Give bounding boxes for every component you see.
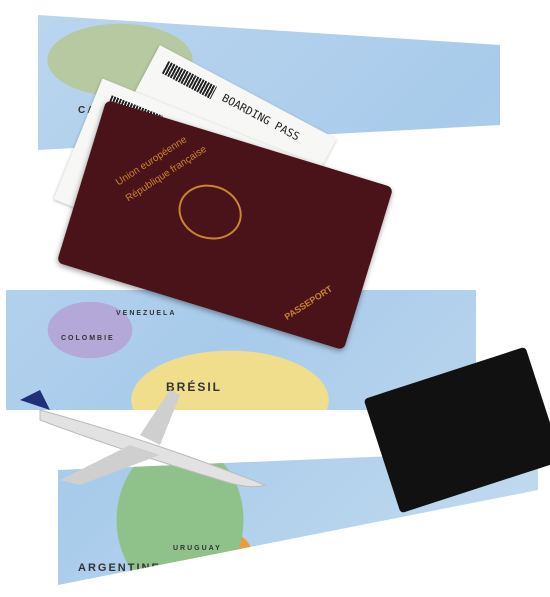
map-label-uruguay: URUGUAY (173, 545, 222, 552)
toy-airplane-icon (20, 380, 270, 490)
map-label-argentine: ARGENTINE (78, 562, 161, 574)
coat-of-arms-icon (172, 177, 249, 247)
map-label-colombie: COLOMBIE (61, 335, 115, 342)
map-label-venezuela: VENEZUELA (116, 310, 176, 317)
passport-label: PASSEPORT (283, 284, 334, 322)
